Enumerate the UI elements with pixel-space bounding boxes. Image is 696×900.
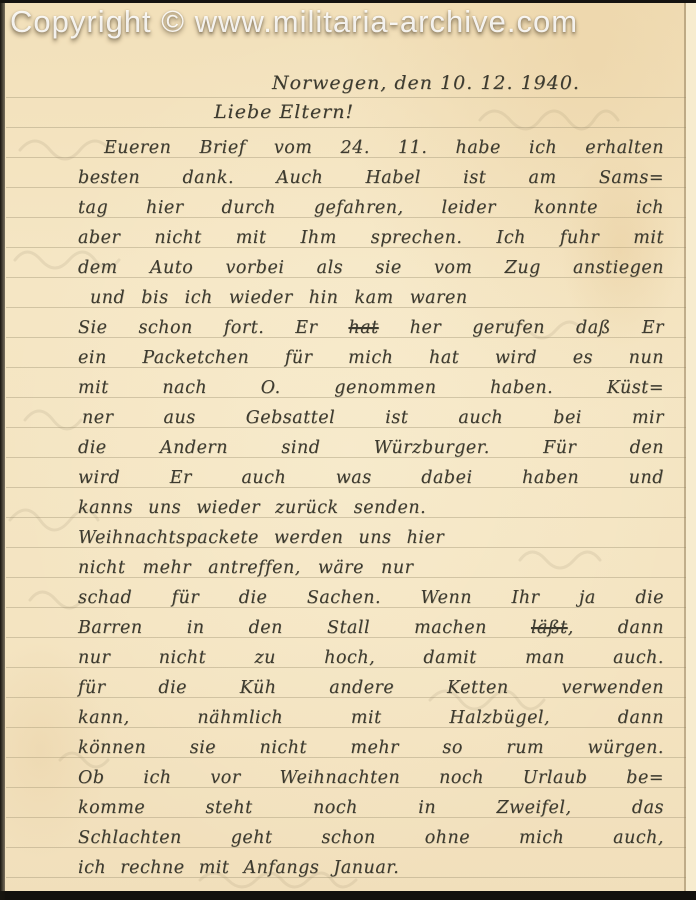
letter-line: ich rechne mit Anfangs Januar.	[78, 853, 664, 883]
letter-place-date: Norwegen, den 10. 12. 1940.	[272, 72, 580, 94]
letter-line-segment: Barren in den Stall machen	[78, 618, 531, 638]
letter-line-segment: , dann	[568, 618, 664, 638]
letter-line: Eueren Brief vom 24. 11. habe ich erhalt…	[78, 133, 664, 163]
letter-line: Barren in den Stall machen läßt, dann	[78, 613, 664, 643]
letter-salutation: Liebe Eltern!	[214, 101, 354, 123]
struck-out-word: hat	[348, 318, 378, 338]
letter-line: tag hier durch gefahren, leider konnte i…	[78, 193, 664, 223]
page-edge-strip	[686, 3, 696, 891]
letter-line: schad für die Sachen. Wenn Ihr ja die	[78, 583, 664, 613]
letter-line-segment: Sie schon fort. Er	[78, 318, 348, 338]
letter-line: mit nach O. genommen haben. Küst=	[78, 373, 664, 403]
letter-line: nur nicht zu hoch, damit man auch.	[78, 643, 664, 673]
scan-edge-top	[0, 0, 696, 3]
letter-line: wird Er auch was dabei haben und	[78, 463, 664, 493]
letter-line: dem Auto vorbei als sie vom Zug anstiege…	[78, 253, 664, 283]
letter-line: kanns uns wieder zurück senden.	[78, 493, 664, 523]
scan-edge-left	[0, 0, 5, 900]
letter-line: für die Küh andere Ketten verwenden	[78, 673, 664, 703]
struck-out-word: läßt	[531, 618, 568, 638]
letter-line: komme steht noch in Zweifel, das	[78, 793, 664, 823]
letter-line: und bis ich wieder hin kam waren	[78, 283, 664, 313]
letter-line: aber nicht mit Ihm sprechen. Ich fuhr mi…	[78, 223, 664, 253]
letter-line-segment: her gerufen daß Er	[379, 318, 664, 338]
letter-line: Schlachten geht schon ohne mich auch,	[78, 823, 664, 853]
letter-line: ein Packetchen für mich hat wird es nun	[78, 343, 664, 373]
letter-scan-page: Norwegen, den 10. 12. 1940. Liebe Eltern…	[0, 0, 696, 900]
letter-body: Eueren Brief vom 24. 11. habe ich erhalt…	[78, 133, 664, 883]
letter-line: besten dank. Auch Habel ist am Sams=	[78, 163, 664, 193]
letter-line: können sie nicht mehr so rum würgen.	[78, 733, 664, 763]
letter-line: kann, nähmlich mit Halzbügel, dann	[78, 703, 664, 733]
letter-line: Ob ich vor Weihnachten noch Urlaub be=	[78, 763, 664, 793]
letter-line: Sie schon fort. Er hat her gerufen daß E…	[78, 313, 664, 343]
letter-line: die Andern sind Würzburger. Für den	[78, 433, 664, 463]
letter-line: nicht mehr antreffen, wäre nur	[78, 553, 664, 583]
scan-edge-bottom	[0, 891, 696, 900]
letter-line: Weihnachtspackete werden uns hier	[78, 523, 664, 553]
letter-line: ner aus Gebsattel ist auch bei mir	[78, 403, 664, 433]
copyright-watermark: Copyright © www.militaria-archive.com	[10, 4, 690, 40]
